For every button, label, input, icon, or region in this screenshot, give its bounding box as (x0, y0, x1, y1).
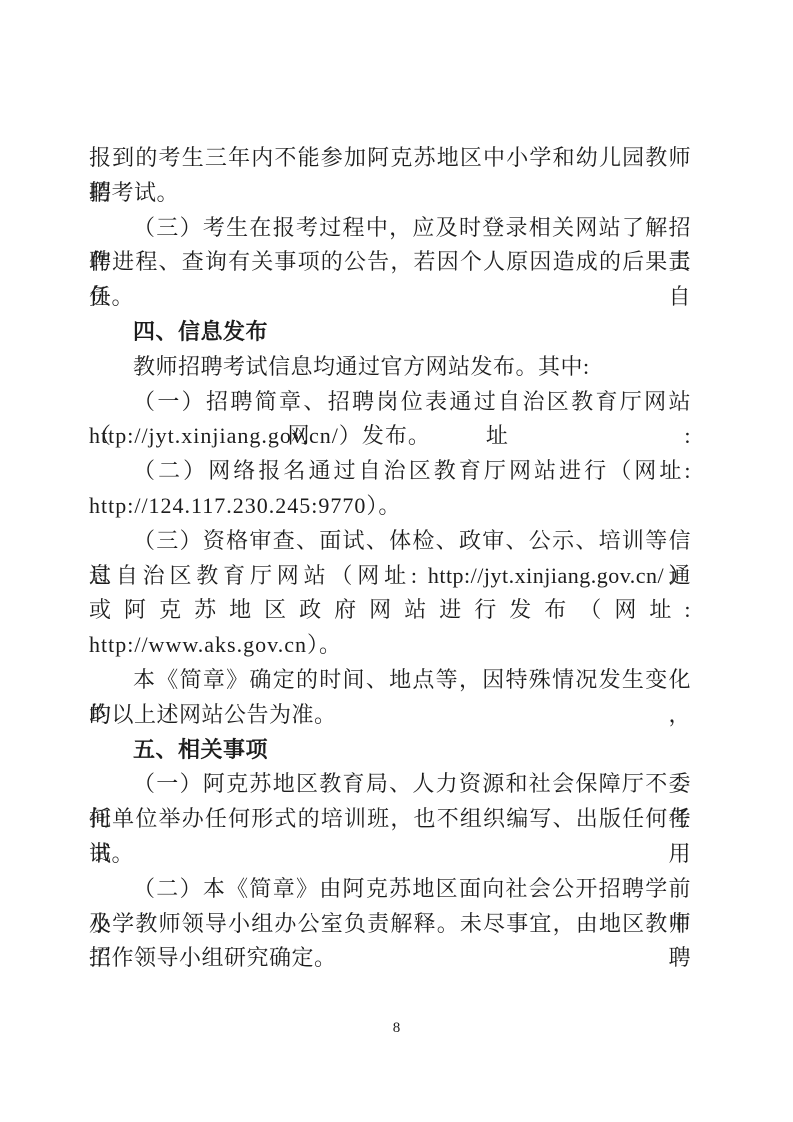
text-line: 教师招聘考试信息均通过官方网站发布。其中: (89, 350, 691, 385)
section-heading-info-release: 四、信息发布 (89, 315, 691, 350)
text-line: （二）网络报名通过自治区教育厅网站进行（网址: (89, 454, 691, 489)
text-line: （一）招聘简章、招聘岗位表通过自治区教育厅网站（网址: (89, 385, 691, 420)
url-line-aks-gov: http://www.aks.gov.cn）。 (89, 628, 691, 663)
text-line: 或阿克苏地区政府网站进行发布（网址: (89, 593, 691, 628)
text-line: （二）本《简章》由阿克苏地区面向社会公开招聘学前及中 (89, 872, 691, 907)
text-line: （三）考生在报考过程中，应及时登录相关网站了解招聘工 (89, 211, 691, 246)
text-line: （一）阿克苏地区教育局、人力资源和社会保障厅不委托任 (89, 767, 691, 802)
section-heading-related-matters: 五、相关事项 (89, 733, 691, 768)
document-page: 报到的考生三年内不能参加阿克苏地区中小学和幼儿园教师招 聘考试。 （三）考生在报… (0, 0, 793, 1122)
text-line: 何单位举办任何形式的培训班，也不组织编写、出版任何考试用 (89, 802, 691, 837)
text-line: 报到的考生三年内不能参加阿克苏地区中小学和幼儿园教师招 (89, 141, 691, 176)
url-line-signup-ip: http://124.117.230.245:9770）。 (89, 489, 691, 524)
text-line: 作进程、查询有关事项的公告，若因个人原因造成的后果责任自 (89, 245, 691, 280)
text-line: 聘考试。 (89, 176, 691, 211)
document-body: 报到的考生三年内不能参加阿克苏地区中小学和幼儿园教师招 聘考试。 （三）考生在报… (89, 141, 691, 976)
page-number: 8 (0, 1020, 793, 1037)
text-line: 过自治区教育厅网站（网址: http://jyt.xinjiang.gov.cn… (89, 559, 691, 594)
text-line: 本《简章》确定的时间、地点等，因特殊情况发生变化的， (89, 663, 691, 698)
text-line: （三）资格审查、面试、体检、政审、公示、培训等信息通 (89, 524, 691, 559)
text-line: 小学教师领导小组办公室负责解释。未尽事宜，由地区教师招聘 (89, 907, 691, 942)
